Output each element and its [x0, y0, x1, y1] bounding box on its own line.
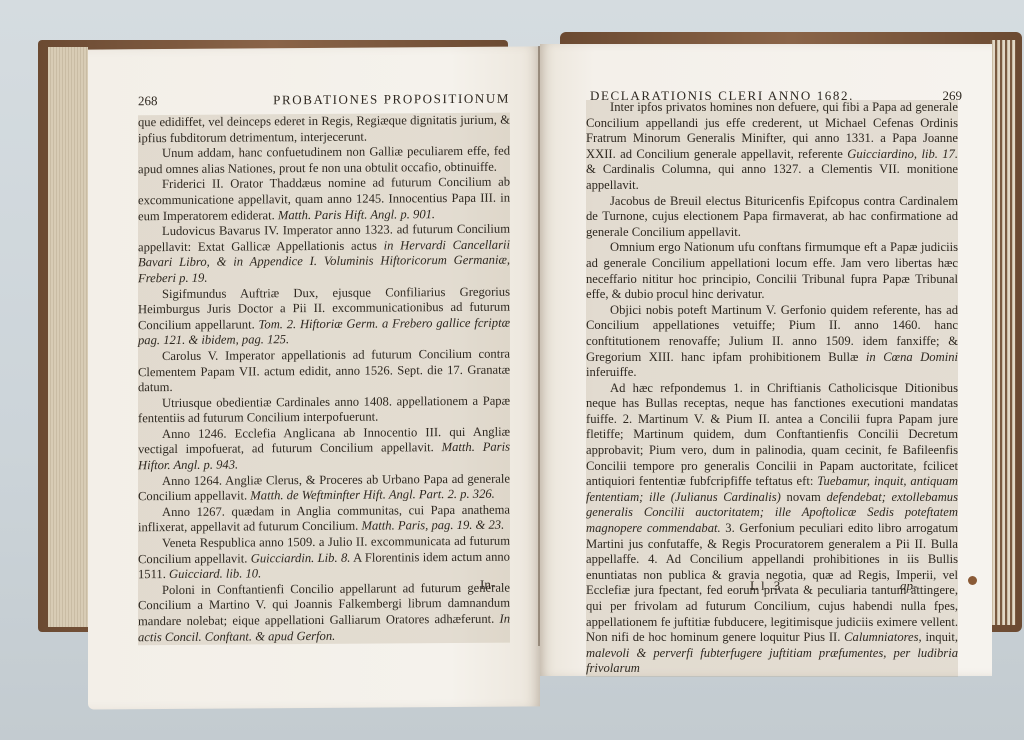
- paragraph: Ad hæc refpondemus 1. in Chriftianis Cat…: [586, 381, 958, 677]
- citation: Guicciard. lib. 10.: [166, 567, 261, 582]
- signature-mark: Ll 3: [750, 578, 783, 594]
- catchword: In-: [480, 577, 495, 593]
- paragraph: Poloni in Conftantienfi Concilio appella…: [138, 580, 510, 645]
- paragraph: Ludovicus Bavarus IV. Imperator anno 132…: [138, 222, 510, 287]
- right-page: DECLARATIONIS CLERI ANNO 1682. 269 Inter…: [540, 44, 992, 676]
- paragraph: Omnium ergo Nationum ufu conftans firmum…: [586, 240, 958, 302]
- paragraph: Objici nobis poteft Martinum V. Gerfonio…: [586, 303, 958, 381]
- paragraph: Friderici II. Orator Thaddæus nomine ad …: [138, 175, 510, 224]
- quotation: malevoli & perverfi fubterfugere juftiti…: [586, 646, 958, 676]
- citation: Matth. de Weftminfter Hift. Angl. Part. …: [247, 487, 495, 503]
- page-edges-right: [990, 40, 1016, 625]
- body-text-left: que edidiffet, vel deinceps ederet in Re…: [138, 113, 510, 646]
- left-page: 268 PROBATIONES PROPOSITIONUM que edidif…: [88, 46, 540, 709]
- running-head-left: 268 PROBATIONES PROPOSITIONUM: [138, 91, 510, 110]
- paragraph: Unum addam, hanc confuetudinem non Galli…: [138, 144, 510, 178]
- running-head-title: PROBATIONES PROPOSITIONUM: [273, 91, 510, 109]
- paragraph: que edidiffet, vel deinceps ederet in Re…: [138, 113, 510, 147]
- paragraph: Sigifmundus Auftriæ Dux, ejusque Confili…: [138, 284, 510, 349]
- paragraph: Veneta Respublica anno 1509. a Julio II.…: [138, 534, 510, 583]
- paragraph: Carolus V. Imperator appellationis ad fu…: [138, 347, 510, 396]
- paragraph: Anno 1264. Angliæ Clerus, & Proceres ab …: [138, 471, 510, 505]
- citation: in Cœna Domini: [858, 350, 958, 364]
- quotation: Calumniatores,: [840, 630, 921, 644]
- paragraph: Jacobus de Breuil electus Bituricenfis E…: [586, 194, 958, 241]
- citation: Matth. Paris, pag. 19. & 23.: [358, 518, 504, 533]
- page-edges-left: [48, 47, 88, 627]
- paragraph: Anno 1246. Ecclefia Anglicana ab Innocen…: [138, 425, 510, 474]
- foxing-stain: [968, 576, 977, 585]
- paragraph: Anno 1267. quædam in Anglia communitas, …: [138, 502, 510, 536]
- citation: Guicciardin. Lib. 8.: [247, 550, 350, 565]
- citation: Guicciardino, lib. 17.: [843, 147, 958, 161]
- paragraph: Utriusque obedientiæ Cardinales anno 140…: [138, 393, 510, 427]
- citation: Matth. Paris Hift. Angl. p. 901.: [275, 207, 435, 222]
- paragraph: Inter ipfos privatos homines non defuere…: [586, 100, 958, 194]
- page-number: 268: [138, 93, 158, 109]
- catchword: ap-: [900, 578, 917, 594]
